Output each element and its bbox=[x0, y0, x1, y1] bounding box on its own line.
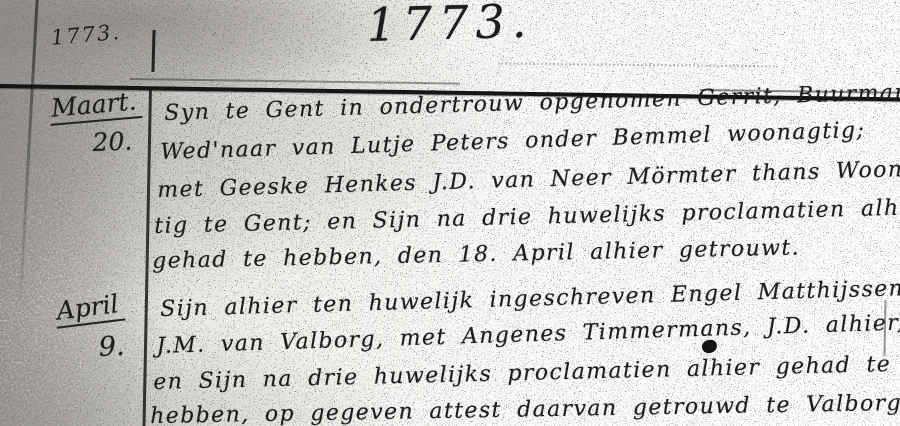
entry2-date-day: 9. bbox=[98, 331, 125, 363]
margin-divider-line bbox=[142, 88, 151, 426]
entry2-text-line: hebben, op gegeven attest daarvan getrou… bbox=[150, 391, 900, 426]
entry1-date-day: 20. bbox=[92, 127, 133, 157]
entry1-text-line: tig te Gent; en Sijn na drie huwelijks p… bbox=[154, 195, 900, 239]
header-tick-mark bbox=[151, 30, 155, 72]
entry1-text-line: Wed'naar van Lutje Peters onder Bemmel w… bbox=[160, 118, 866, 165]
entry2-date-month: April bbox=[53, 289, 125, 329]
entry1-date-month: Maart. bbox=[48, 86, 143, 126]
entry1-text-line: Syn te Gent in ondertrouw opgenomen Gerr… bbox=[164, 80, 900, 126]
entry1-text-line: gehad te hebben, den 18. April alhier ge… bbox=[152, 235, 800, 274]
entry2-text-line: en Sijn na drie huwelijks proclamatien a… bbox=[153, 352, 891, 395]
header-rule-echo-left bbox=[130, 78, 460, 85]
document-scan: 1773. 1773. Maart. 20. Syn te Gent in on… bbox=[0, 0, 900, 426]
entry1-text-line: met Geeske Henkes J.D. van Neer Mörmter … bbox=[157, 156, 900, 203]
page-year-heading: 1773. bbox=[366, 0, 534, 52]
page-edge-line bbox=[19, 0, 39, 304]
faint-scratch-mark bbox=[498, 63, 778, 68]
margin-year-label: 1773. bbox=[50, 20, 122, 50]
